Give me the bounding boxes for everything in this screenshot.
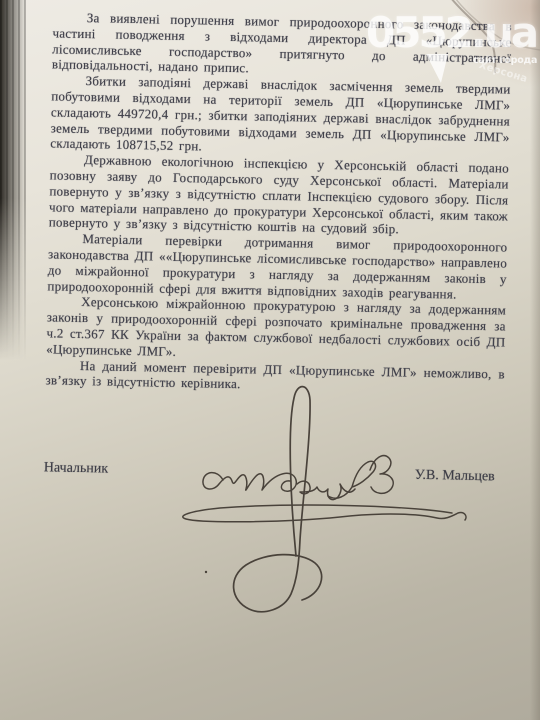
document-photo: За виявлені порушення вимог природоохоро… [0, 0, 540, 720]
paragraph: Херсонською міжрайонною прокуратурою з н… [46, 294, 506, 366]
signature-scribble [140, 368, 470, 623]
signature-role-label: Начальник [44, 460, 109, 477]
photo-right-edge-shadow [530, 0, 540, 720]
paragraph: Матеріали перевірки дотримання вимог при… [47, 231, 507, 303]
paragraph: Державною екологічною інспекцією у Херсо… [49, 152, 509, 240]
watermark-text: 0552.ua [366, 8, 536, 57]
watermark-bubble-tail [426, 54, 448, 83]
watermark-logo: 0552.ua сайт города Херсона [366, 14, 540, 104]
